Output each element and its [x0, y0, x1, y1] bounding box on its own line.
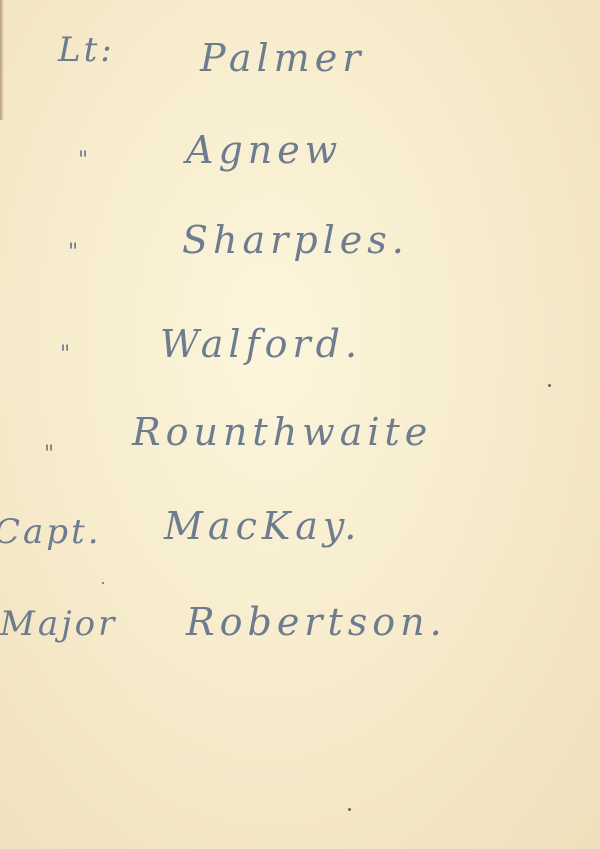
- ditto-mark: ": [60, 342, 70, 367]
- officer-name: Walford.: [160, 322, 362, 366]
- rank-label: Lt:: [58, 30, 115, 70]
- officer-name: Palmer: [200, 36, 365, 80]
- rank-label: Major: [0, 604, 117, 644]
- ditto-mark: ": [78, 148, 88, 173]
- ditto-mark: ": [68, 240, 78, 265]
- rank-label: Capt.: [0, 512, 102, 552]
- officer-name: Agnew: [186, 128, 342, 172]
- page-edge: [0, 0, 4, 120]
- officer-name: Rounthwaite: [132, 410, 432, 454]
- paper-speck: [102, 582, 104, 584]
- paper-page: Lt: Palmer " Agnew " Sharples. " Walford…: [0, 0, 600, 849]
- officer-name: Sharples.: [182, 218, 409, 262]
- ditto-mark: ": [44, 442, 54, 467]
- paper-speck: [348, 808, 351, 811]
- officer-name: MacKay.: [164, 504, 361, 548]
- officer-name: Robertson.: [186, 600, 447, 644]
- paper-speck: [548, 384, 551, 387]
